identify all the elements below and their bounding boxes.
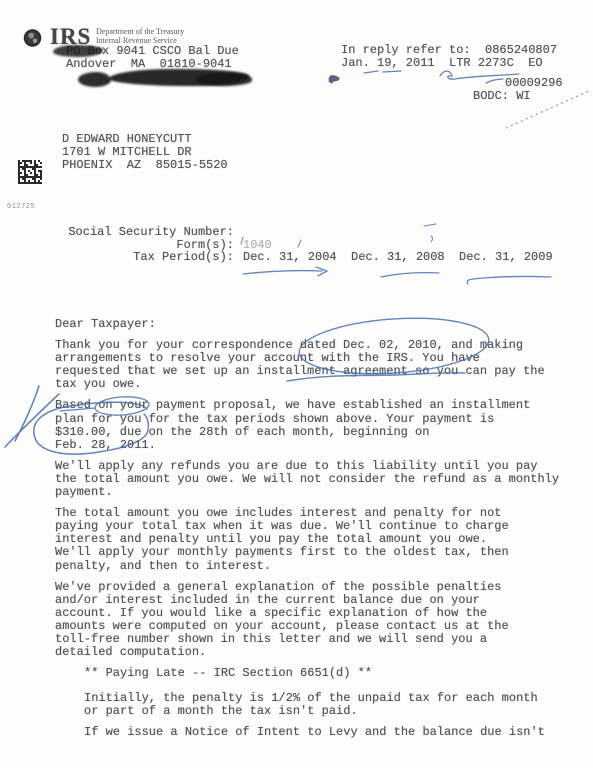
section-heading: ** Paying Late -- IRC Section 6651(d) ** — [55, 667, 565, 680]
salutation: Dear Taxpayer: — [55, 318, 565, 331]
scan-sequence-number: 012725 — [7, 203, 35, 211]
row-label: Social Security Number: — [58, 226, 234, 239]
letter-body: Dear Taxpayer: Thank you for your corres… — [55, 318, 565, 748]
data-matrix-barcode-icon — [18, 160, 42, 184]
scanned-irs-letter-page: IRS Department of the Treasury Internal … — [0, 0, 593, 768]
row-value: Dec. 31, 2004 Dec. 31, 2008 Dec. 31, 200… — [234, 251, 553, 264]
redaction-smudge — [53, 45, 103, 57]
recipient-address-block: D EDWARD HONEYCUTT 1701 W MITCHELL DR PH… — [62, 133, 228, 172]
paragraph: Initially, the penalty is 1/2% of the un… — [55, 692, 565, 718]
tax-period-underline — [467, 276, 551, 284]
date-ltr-line: Jan. 19, 2011 LTR 2273C EO — [341, 57, 543, 70]
paragraph: If we issue a Notice of Intent to Levy a… — [55, 726, 565, 739]
redaction-smudge — [196, 73, 252, 86]
control-number-dash — [486, 79, 503, 83]
tax-period-underline — [381, 273, 439, 277]
department-lines: Department of the Treasury Internal Reve… — [96, 28, 184, 45]
bodc-line: BODC: WI — [473, 90, 531, 103]
paragraph: The total amount you owe includes intere… — [55, 507, 565, 572]
paragraph: Based on your payment proposal, we have … — [55, 399, 565, 451]
case-info-row: Social Security Number: — [58, 226, 553, 239]
row-value — [234, 226, 243, 239]
redaction-smudge — [78, 72, 111, 87]
date-underline — [364, 71, 401, 73]
pen-blob-mark — [329, 75, 340, 84]
paragraph: We'll apply any refunds you are due to t… — [55, 460, 565, 499]
row-label: Tax Period(s): — [58, 251, 234, 264]
paragraph: We've provided a general explanation of … — [55, 581, 565, 660]
margin-x-mark — [5, 386, 59, 447]
row-value: 1040 — [234, 239, 272, 252]
tax-period-underline — [243, 267, 327, 276]
paragraph: Thank you for your correspondence dated … — [55, 339, 565, 391]
case-info-row: Tax Period(s): Dec. 31, 2004 Dec. 31, 20… — [58, 251, 553, 264]
case-info-block: Social Security Number: Form(s): 1040 Ta… — [58, 226, 553, 264]
irs-eagle-logo-icon — [20, 26, 45, 50]
